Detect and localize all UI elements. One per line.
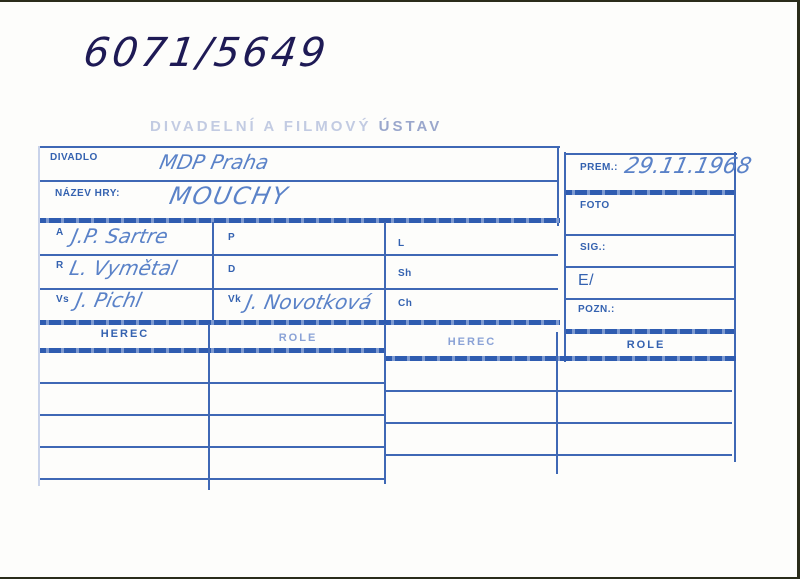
credit-a-label: A: [56, 227, 64, 238]
pozn-label: POZN.:: [578, 304, 615, 315]
divadlo-row-line: [40, 180, 558, 182]
cast-cell[interactable]: [212, 386, 382, 412]
credit-vs-value[interactable]: J. Pichl: [73, 288, 144, 312]
sig-label: SIG.:: [580, 242, 606, 253]
cast-cell[interactable]: [42, 450, 206, 476]
cast-cell[interactable]: [560, 458, 730, 478]
nazev-hry-value[interactable]: Mouchy: [167, 182, 292, 210]
credit-r-value[interactable]: L. Vymětal: [67, 256, 179, 280]
premiere-row-line: [566, 190, 734, 195]
e-row-line: [566, 298, 734, 300]
cast-header-line-right: [386, 356, 736, 361]
cast-header-role-2: ROLE: [560, 339, 732, 351]
divadlo-value[interactable]: MDP Praha: [157, 150, 271, 174]
credits-col-divider-1: [212, 222, 214, 324]
credit-ch-field[interactable]: [414, 292, 554, 316]
premiere-label: PREM.:: [580, 162, 618, 173]
sig-row-line: [566, 266, 734, 268]
credit-vk-value[interactable]: J. Novotková: [243, 290, 374, 314]
frame-divider-top: [557, 146, 559, 226]
cast-row-line: [40, 382, 384, 384]
cast-col-divider-1: [208, 324, 210, 490]
cast-row-line: [386, 454, 732, 456]
foto-label: FOTO: [580, 200, 610, 211]
credit-ch-label: Ch: [398, 298, 412, 309]
credit-p-label: P: [228, 232, 235, 243]
cast-col-divider-2: [384, 324, 386, 484]
cast-cell[interactable]: [388, 394, 554, 420]
cast-cell[interactable]: [42, 418, 206, 444]
credit-sh-label: Sh: [398, 268, 412, 279]
credit-r-label: R: [56, 260, 64, 271]
cast-cell[interactable]: [42, 354, 206, 380]
e-field[interactable]: [610, 270, 730, 296]
cast-cell[interactable]: [388, 426, 554, 452]
cast-header-herec-1: HEREC: [40, 328, 210, 340]
cast-cell[interactable]: [560, 362, 730, 388]
archive-number: 6071/5649: [81, 30, 332, 76]
cast-row-line: [40, 478, 384, 480]
cast-header-role-1: ROLE: [212, 332, 384, 344]
foto-row-line: [566, 234, 734, 236]
frame-top-line: [40, 146, 560, 148]
cast-cell[interactable]: [388, 362, 554, 388]
archive-card: 6071/5649 DIVADELNÍ A FILMOVÝ ÚSTAV DIVA…: [0, 2, 797, 577]
credit-sh-field[interactable]: [414, 262, 554, 286]
frame-right-line: [734, 152, 736, 462]
pozn-field[interactable]: [625, 302, 730, 326]
credit-l-label: L: [398, 238, 405, 249]
credit-a-value[interactable]: J.P. Sartre: [69, 224, 170, 248]
credit-d-field[interactable]: [240, 260, 380, 284]
credits-col-divider-2: [384, 222, 386, 326]
credit-vk-label: Vk: [228, 294, 241, 305]
divadlo-label: DIVADLO: [50, 152, 98, 163]
nazev-hry-label: NÁZEV HRY:: [55, 188, 120, 199]
credit-p-field[interactable]: [240, 228, 380, 252]
institute-word: ÚSTAV: [379, 118, 443, 135]
cast-cell[interactable]: [560, 426, 730, 452]
cast-row-line: [386, 422, 732, 424]
cast-cell[interactable]: [560, 394, 730, 420]
cast-cell[interactable]: [212, 450, 382, 476]
foto-field[interactable]: [620, 198, 730, 228]
title-row-thick-line: [40, 218, 560, 223]
credit-d-label: D: [228, 264, 236, 275]
credits-bottom-thick-line: [40, 320, 560, 325]
cast-cell[interactable]: [212, 354, 382, 380]
credit-vs-label: Vs: [56, 294, 69, 305]
cast-row-line: [386, 390, 732, 392]
cast-cell[interactable]: [388, 458, 554, 478]
cast-header-herec-2: HEREC: [386, 336, 558, 348]
credit-l-field[interactable]: [414, 230, 554, 254]
institute-name-faded: DIVADELNÍ A FILMOVÝ: [150, 118, 371, 135]
premiere-date[interactable]: 29.11.1968: [622, 154, 753, 179]
cast-row-line: [40, 446, 384, 448]
cast-header-line-left: [40, 348, 386, 353]
cast-cell[interactable]: [42, 386, 206, 412]
frame-left-line: [38, 146, 40, 486]
e-label: E/: [578, 272, 594, 290]
sig-field[interactable]: [620, 240, 730, 264]
cast-col-divider-3: [556, 332, 558, 474]
institute-stamp-header: DIVADELNÍ A FILMOVÝ ÚSTAV: [150, 118, 442, 135]
pozn-row-line: [566, 329, 734, 334]
cast-row-line: [40, 414, 384, 416]
cast-cell[interactable]: [212, 418, 382, 444]
